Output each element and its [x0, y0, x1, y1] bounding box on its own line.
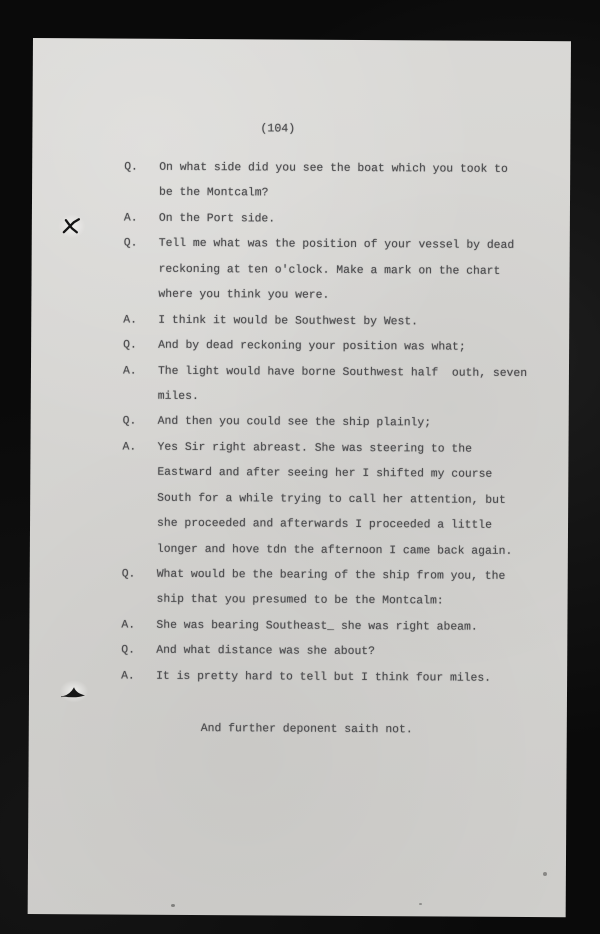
qa-speaker-label: A.	[122, 435, 136, 461]
closing-statement: And further deponent saith not.	[201, 717, 413, 743]
qa-line-text: Yes Sir right abreast. She was steering …	[157, 442, 472, 456]
qa-line: A.She was bearing Southeast_ she was rig…	[156, 614, 525, 642]
qa-line-text: And by dead reckoning your position was …	[158, 340, 466, 354]
qa-line-text: be the Montcalm?	[159, 187, 268, 200]
page-number: (104)	[260, 121, 295, 136]
qa-line-text: The light would have borne Southwest hal…	[158, 365, 527, 379]
scan-speck	[543, 872, 547, 876]
qa-line-text: And then you could see the ship plainly;	[158, 416, 431, 430]
triangle-ink-blot-icon	[55, 676, 93, 706]
scan-speck	[171, 904, 175, 907]
qa-line-text: On the Port side.	[159, 213, 275, 226]
qa-line: A.On the Port side.	[159, 207, 528, 235]
qa-speaker-label: A.	[124, 206, 138, 232]
qa-line-text: reckoning at ten o'clock. Make a mark on…	[159, 264, 501, 278]
qa-speaker-label: Q.	[124, 156, 138, 182]
qa-line: longer and hove tdn the afternoon I came…	[157, 537, 526, 565]
qa-line: Q.What would be the bearing of the ship …	[157, 563, 526, 591]
qa-line: Eastward and after seeing her I shifted …	[157, 461, 526, 489]
qa-line: miles.	[158, 385, 527, 413]
qa-line-text: On what side did you see the boat which …	[159, 162, 508, 176]
qa-line-text: she proceeded and afterwards I proceeded…	[157, 518, 492, 532]
qa-line: A.The light would have borne Southwest h…	[158, 359, 527, 387]
qa-line: ship that you presumed to be the Montcal…	[156, 588, 525, 616]
qa-line-text: miles.	[158, 391, 199, 403]
qa-line: where you think you were.	[158, 283, 527, 311]
qa-speaker-label: Q.	[123, 334, 137, 360]
scan-speck	[419, 903, 422, 905]
x-blot-glyph	[61, 216, 83, 236]
qa-line-text: Eastward and after seeing her I shifted …	[157, 467, 492, 481]
qa-speaker-label: A.	[123, 359, 137, 385]
x-shaped-ink-blot-icon	[54, 210, 90, 242]
qa-line: South for a while trying to call her att…	[157, 486, 526, 514]
qa-line-text: I think it would be Southwest by West.	[158, 314, 418, 328]
document-page: (104) Q.On what side did you see the boa…	[28, 38, 571, 917]
qa-speaker-label: Q.	[124, 232, 138, 258]
qa-line-text: Tell me what was the position of your ve…	[159, 238, 515, 252]
qa-line: A.I think it would be Southwest by West.	[158, 308, 527, 336]
qa-speaker-label: A.	[123, 308, 137, 334]
qa-speaker-label: A.	[121, 613, 135, 639]
qa-line: Q.And what distance was she about?	[156, 639, 525, 667]
qa-line: Q.And then you could see the ship plainl…	[158, 410, 527, 438]
qa-line: Q.On what side did you see the boat whic…	[159, 156, 528, 184]
qa-line: be the Montcalm?	[159, 181, 528, 209]
qa-line: A.Yes Sir right abreast. She was steerin…	[157, 436, 526, 464]
qa-line-text: South for a while trying to call her att…	[157, 492, 506, 506]
qa-line-text: ship that you presumed to be the Montcal…	[157, 594, 444, 608]
qa-speaker-label: Q.	[122, 563, 136, 589]
qa-line: she proceeded and afterwards I proceeded…	[157, 512, 526, 540]
qa-line-text: where you think you were.	[158, 289, 329, 302]
qa-line-text: longer and hove tdn the afternoon I came…	[157, 543, 513, 557]
scan-background: { "document": { "page_number": "(104)", …	[0, 0, 600, 934]
qa-line: reckoning at ten o'clock. Make a mark on…	[159, 258, 528, 286]
qa-line-text: It is pretty hard to tell but I think fo…	[156, 671, 491, 685]
qa-line: A.It is pretty hard to tell but I think …	[156, 665, 525, 693]
qa-line-text: And what distance was she about?	[156, 645, 375, 658]
triangle-blot-glyph	[60, 683, 88, 699]
qa-line-text: She was bearing Southeast_ she was right…	[156, 620, 477, 634]
qa-line-text: What would be the bearing of the ship fr…	[157, 569, 506, 583]
qa-line: Q.And by dead reckoning your position wa…	[158, 334, 527, 362]
qa-speaker-label: Q.	[123, 410, 137, 436]
qa-speaker-label: Q.	[121, 639, 135, 665]
qa-line: Q.Tell me what was the position of your …	[159, 232, 528, 260]
testimony-list: Q.On what side did you see the boat whic…	[156, 156, 528, 692]
qa-speaker-label: A.	[121, 664, 135, 690]
